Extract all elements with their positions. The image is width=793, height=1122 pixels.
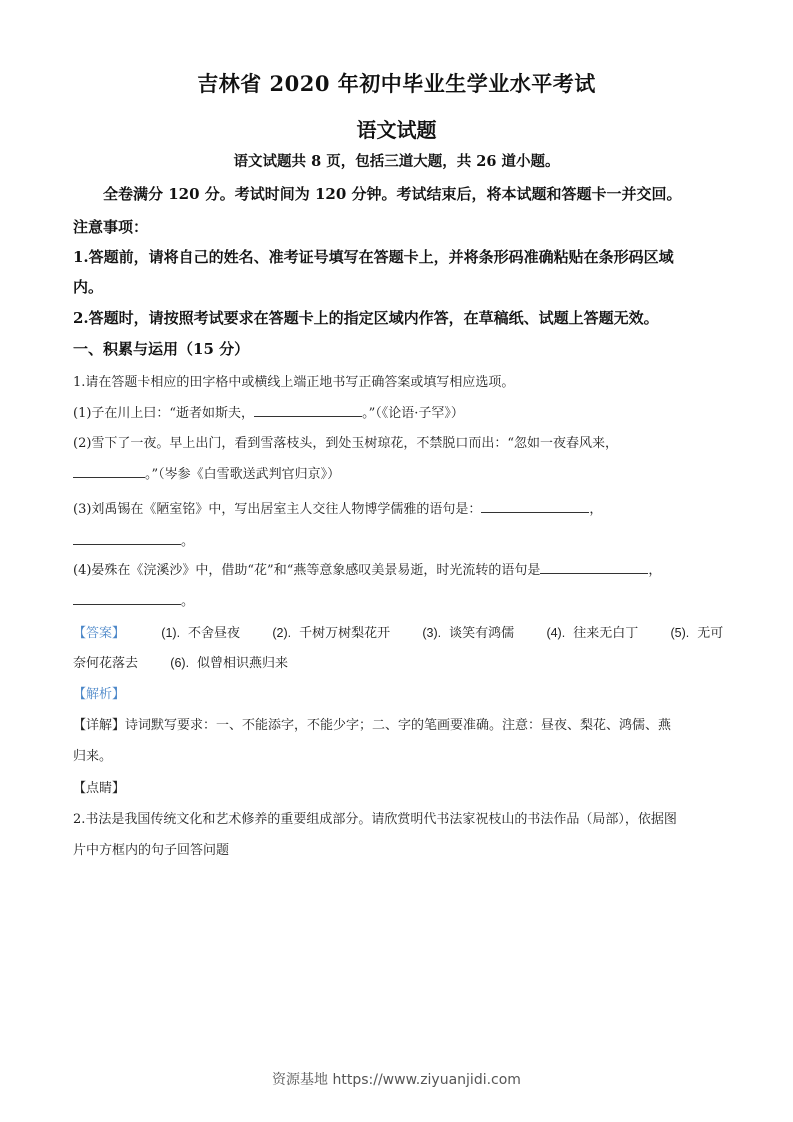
period: 。 [181, 594, 194, 609]
sub-3-text: (3)刘禹锡在《陋室铭》中，写出居室主人交往人物博学儒雅的语句是： [73, 502, 481, 517]
notice-item-1-cont: 内。 [73, 276, 103, 297]
answer-text: 不舍昼夜 [188, 626, 240, 641]
answer-num: (2). [272, 626, 291, 640]
sub-1-source: 。”（《论语·子罕》） [362, 406, 464, 421]
answer-text: 谈笑有鸿儒 [449, 626, 514, 641]
page-subtitle: 语文试题 [0, 114, 793, 143]
answer-blank-3[interactable] [481, 500, 589, 513]
question-1-sub-3-cont: 。 [73, 530, 194, 549]
comma: ， [589, 502, 602, 517]
sub-2-source: 。”（岑参《白雪歌送武判官归京》） [145, 467, 340, 482]
answer-blank-6[interactable] [73, 592, 181, 605]
answer-num: (4). [546, 626, 565, 640]
notice-item-2: 2.答题时，请按照考试要求在答题卡上的指定区域内作答，在草稿纸、试题上答题无效。 [73, 307, 659, 328]
answer-num: (6). [170, 656, 189, 670]
exam-info-line-2: 全卷满分 120 分。考试时间为 120 分钟。考试结束后，将本试题和答题卡一并… [103, 183, 682, 204]
answer-label: 【答案】 [73, 626, 125, 641]
question-1-prompt: 1.请在答题卡相应的田字格中或横线上端正地书写正确答案或填写相应选项。 [73, 371, 514, 390]
exam-info-line-1: 语文试题共 8 页，包括三道大题，共 26 道小题。 [0, 150, 793, 171]
analysis-label: 【解析】 [73, 683, 125, 702]
detail-explanation: 【详解】诗词默写要求：一、不能添字，不能少字；二、字的笔画要准确。注意：昼夜、梨… [73, 714, 671, 733]
page-title: 吉林省 2020 年初中毕业生学业水平考试 [0, 68, 793, 98]
answer-num: (3). [422, 626, 441, 640]
question-2-prompt: 2.书法是我国传统文化和艺术修养的重要组成部分。请欣赏明代书法家祝枝山的书法作品… [73, 808, 677, 827]
sub-1-text: (1)子在川上曰：“逝者如斯夫， [73, 406, 254, 421]
answer-text: 似曾相识燕归来 [197, 656, 288, 671]
comment-label: 【点睛】 [73, 777, 125, 796]
notice-heading: 注意事项： [73, 216, 148, 237]
answer-text: 无可 [697, 626, 723, 641]
section-heading: 一、积累与运用（15 分） [73, 338, 249, 359]
footer-watermark: 资源基地 https://www.ziyuanjidi.com [0, 1069, 793, 1089]
period: 。 [181, 534, 194, 549]
answer-text: 千树万树梨花开 [299, 626, 390, 641]
question-1-sub-2-cont: 。”（岑参《白雪歌送武判官归京》） [73, 463, 340, 482]
answer-text: 奈何花落去 [73, 656, 138, 671]
exam-page: 吉林省 2020 年初中毕业生学业水平考试 语文试题 语文试题共 8 页，包括三… [0, 0, 793, 1122]
answer-num: (5). [670, 626, 689, 640]
answer-row-1: 【答案】 (1).不舍昼夜 (2).千树万树梨花开 (3).谈笑有鸿儒 (4).… [73, 622, 723, 641]
question-1-sub-4: (4)晏殊在《浣溪沙》中，借助“花”和“燕等意象感叹美景易逝，时光流转的语句是， [73, 559, 661, 578]
notice-item-1: 1.答题前，请将自己的姓名、准考证号填写在答题卡上，并将条形码准确粘贴在条形码区… [73, 246, 674, 267]
answer-blank-5[interactable] [540, 561, 648, 574]
sub-4-text: (4)晏殊在《浣溪沙》中，借助“花”和“燕等意象感叹美景易逝，时光流转的语句是 [73, 563, 540, 578]
comma: ， [648, 563, 661, 578]
question-1-sub-3: (3)刘禹锡在《陋室铭》中，写出居室主人交往人物博学儒雅的语句是：， [73, 498, 602, 517]
question-1-sub-1: (1)子在川上曰：“逝者如斯夫，。”（《论语·子罕》） [73, 402, 464, 421]
question-1-sub-2: (2)雪下了一夜。早上出门，看到雪落枝头，到处玉树琼花，不禁脱口而出：“忽如一夜… [73, 432, 618, 451]
answer-num: (1). [161, 626, 180, 640]
question-2-prompt-cont: 片中方框内的句子回答问题 [73, 839, 229, 858]
answer-text: 往来无白丁 [573, 626, 638, 641]
answer-blank-4[interactable] [73, 532, 181, 545]
detail-explanation-cont: 归来。 [73, 745, 112, 764]
answer-blank-2[interactable] [73, 465, 145, 478]
answer-blank-1[interactable] [254, 404, 362, 417]
question-1-sub-4-cont: 。 [73, 590, 194, 609]
answer-row-2: 奈何花落去 (6).似曾相识燕归来 [73, 652, 288, 671]
